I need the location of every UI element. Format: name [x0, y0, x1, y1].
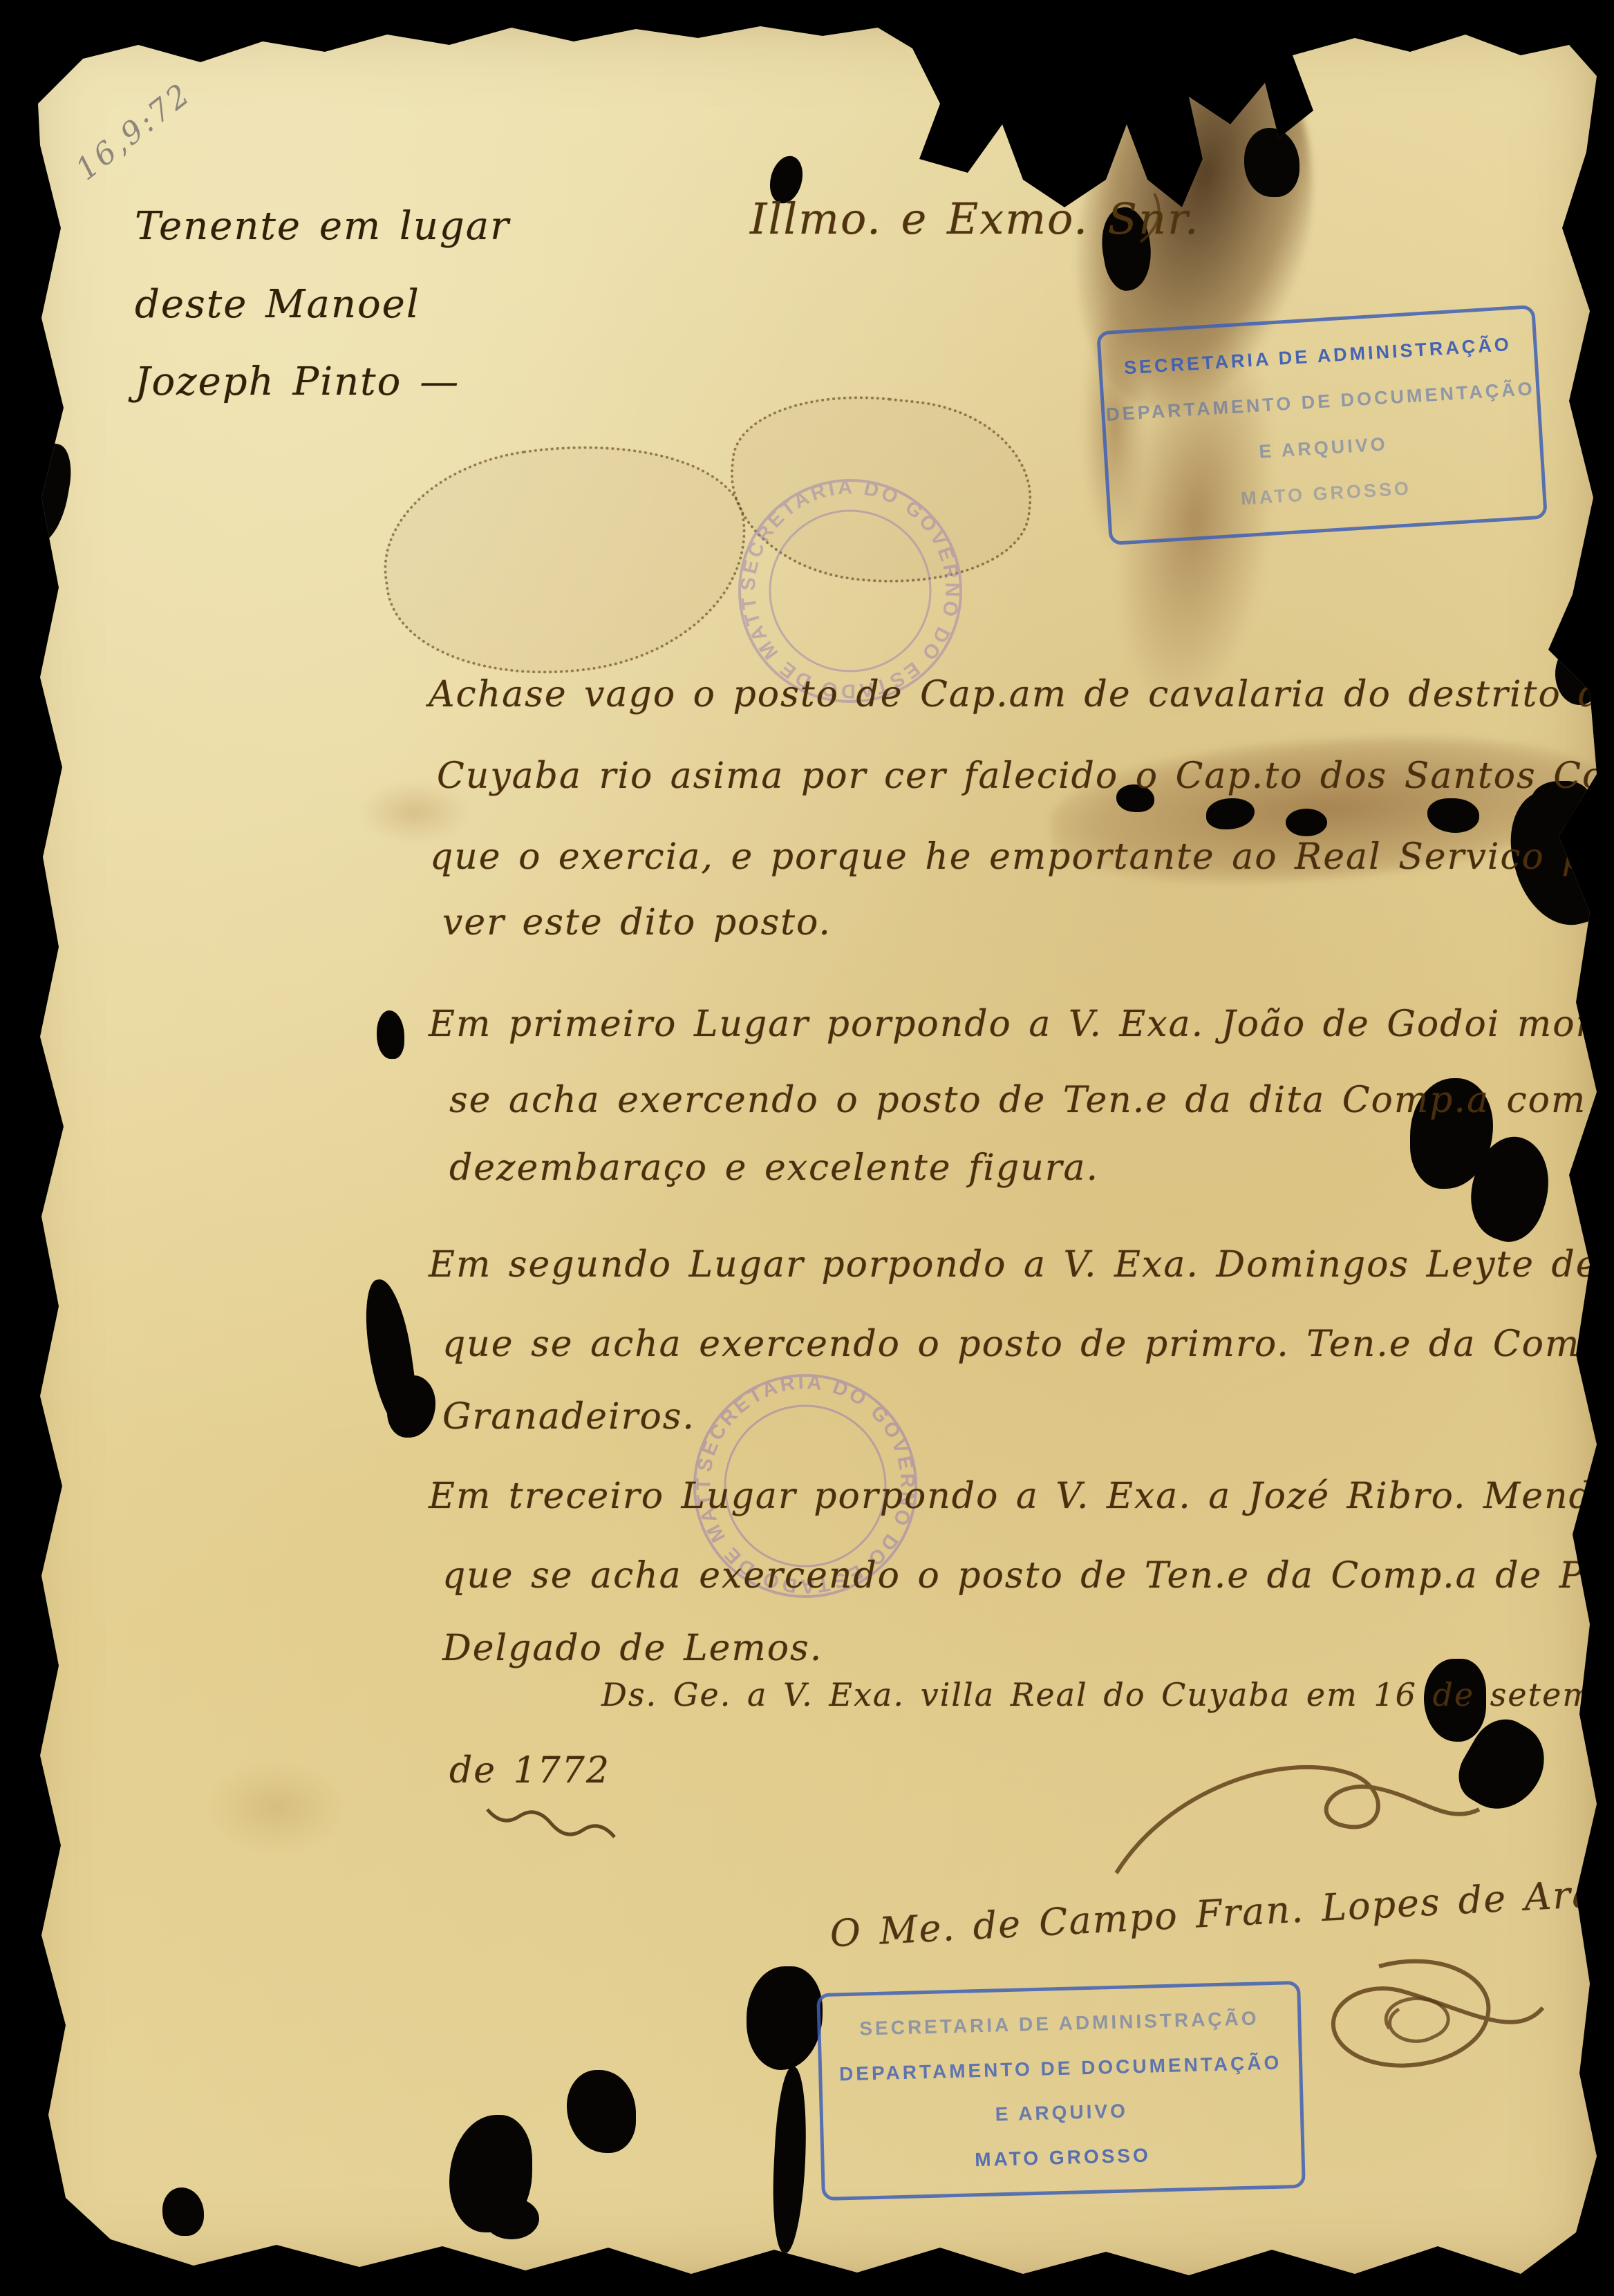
- rect-stamp-bottom-line-1: SECRETARIA DE ADMINISTRAÇÃO: [859, 2008, 1259, 2040]
- ink-blot: [747, 1966, 823, 2070]
- archival-pencil-number: 16,9:72: [69, 76, 198, 187]
- burn-hole: [1427, 798, 1479, 833]
- ink-drip: [769, 2066, 810, 2254]
- signature-line: O Me. de Campo Fran. Lopes de Araujo: [829, 1869, 1614, 1956]
- rubric-loop: [1386, 1999, 1448, 2042]
- rubric-upper: [1116, 1767, 1479, 1873]
- body-line: que se acha exercendo o posto de primro.…: [442, 1324, 1614, 1365]
- body-line: Em primeiro Lugar porpondo a V. Exa. Joã…: [429, 1004, 1614, 1045]
- margin-note-line-3: Jozeph Pinto —: [135, 359, 460, 404]
- ink-blot: [1244, 128, 1299, 197]
- body-line: Em treceiro Lugar porpondo a V. Exa. a J…: [429, 1476, 1614, 1517]
- ink-blot: [377, 1010, 404, 1059]
- ink-blot: [11, 439, 77, 549]
- rect-stamp-bottom-line-2: DEPARTAMENTO DE DOCUMENTAÇÃO: [839, 2051, 1282, 2085]
- rect-stamp-top-line-2: DEPARTAMENTO DE DOCUMENTAÇÃO: [1105, 378, 1535, 426]
- body-line: que se acha exercendo o posto de Ten.e d…: [442, 1555, 1614, 1597]
- closing-date: de 1772: [449, 1750, 610, 1791]
- rect-stamp-bottom: SECRETARIA DE ADMINISTRAÇÃO DEPARTAMENTO…: [816, 1981, 1306, 2201]
- salutation: Illmo. e Exmo. Snr.: [750, 194, 1200, 244]
- rect-stamp-top-line-1: SECRETARIA DE ADMINISTRAÇÃO: [1123, 334, 1512, 379]
- ink-transfer-outline-right: [720, 382, 1041, 598]
- body-line: ver este dito posto.: [442, 902, 832, 943]
- burn-hole: [1206, 798, 1255, 829]
- rubric-lower: [1333, 1961, 1543, 2066]
- ink-transfer-outline-left: [370, 422, 763, 697]
- body-line: Cuyaba rio asima por cer falecido o Cap.…: [437, 755, 1614, 797]
- body-line: Achase vago o posto de Cap.am de cavalar…: [429, 674, 1614, 715]
- date-underline-flourish: [487, 1809, 614, 1837]
- body-line: que o exercia, e porque he emportante ao…: [430, 836, 1614, 878]
- ink-blot: [162, 2187, 204, 2236]
- burn-hole: [1286, 809, 1327, 836]
- rect-stamp-bottom-line-3: E ARQUIVO: [995, 2100, 1128, 2126]
- body-line: dezembaraço e excelente figura.: [449, 1147, 1099, 1189]
- margin-note-line-2: deste Manoel: [135, 282, 420, 327]
- body-line: Em segundo Lugar porpondo a V. Exa. Domi…: [429, 1244, 1614, 1286]
- manuscript-page: SECRETARIA DO GOVERNO DO ESTADO DE MATTO…: [0, 0, 1614, 2296]
- foxing-spot-2: [207, 1762, 346, 1852]
- rect-stamp-bottom-line-4: MATO GROSSO: [975, 2144, 1151, 2171]
- rect-stamp-top: SECRETARIA DE ADMINISTRAÇÃO DEPARTAMENTO…: [1096, 305, 1548, 545]
- closing-line: Ds. Ge. a V. Exa. villa Real do Cuyaba e…: [601, 1676, 1614, 1713]
- body-line: Delgado de Lemos.: [442, 1628, 823, 1669]
- rect-stamp-top-line-4: MATO GROSSO: [1240, 478, 1411, 509]
- scanned-document: SECRETARIA DO GOVERNO DO ESTADO DE MATTO…: [0, 0, 1614, 2296]
- rect-stamp-top-line-3: E ARQUIVO: [1258, 433, 1388, 462]
- ink-blot: [484, 2198, 539, 2239]
- body-line: se acha exercendo o posto de Ten.e da di…: [449, 1080, 1614, 1121]
- ink-blot: [387, 1375, 435, 1438]
- body-line: Granadeiros.: [442, 1396, 695, 1438]
- ink-blot: [567, 2070, 636, 2153]
- margin-note-line-1: Tenente em lugar: [135, 204, 510, 249]
